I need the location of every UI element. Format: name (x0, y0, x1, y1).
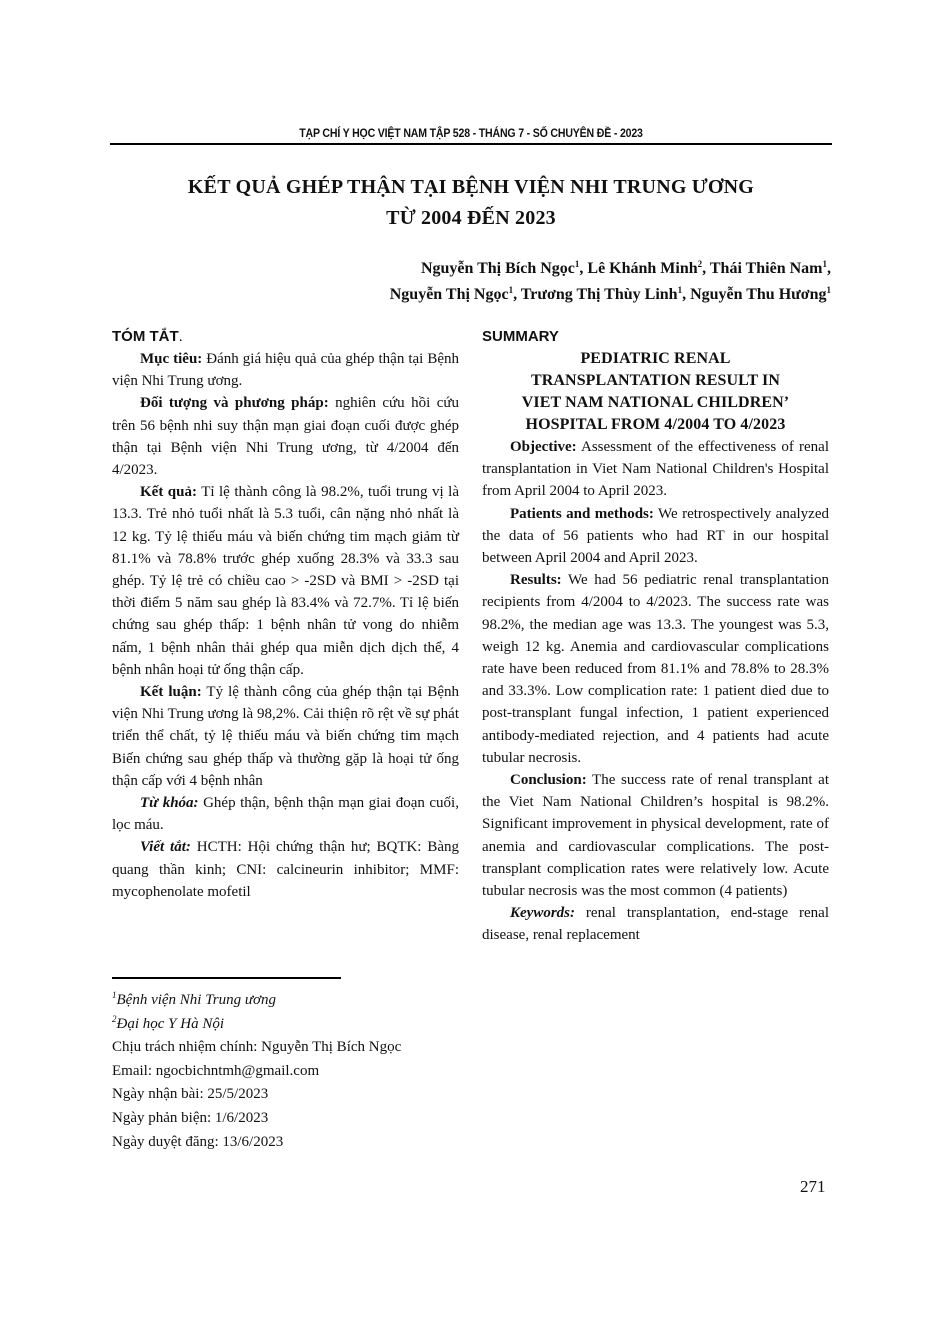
separator: , (513, 286, 521, 303)
author-name: Thái Thiên Nam (710, 260, 823, 277)
journal-page: TẠP CHÍ Y HỌC VIỆT NAM TẬP 528 - THÁNG 7… (0, 0, 943, 1333)
affiliation-text: Bệnh viện Nhi Trung ương (117, 992, 277, 1008)
results-label: Kết quả: (140, 484, 197, 500)
conclusion-label: Conclusion: (510, 772, 587, 788)
results-text: Tỉ lệ thành công là 98.2%, tuổi trung vị… (112, 484, 459, 678)
author-name: Lê Khánh Minh (587, 260, 697, 277)
english-title-line: VIET NAM NATIONAL CHILDREN’ (482, 392, 829, 414)
author-row-1: Nguyễn Thị Bích Ngọc1, Lê Khánh Minh2, T… (390, 256, 831, 282)
title-line-2: TỪ 2004 ĐẾN 2023 (110, 203, 832, 234)
author-list: Nguyễn Thị Bích Ngọc1, Lê Khánh Minh2, T… (390, 256, 831, 308)
affiliation-mark: 1 (827, 285, 832, 295)
keywords-label: Keywords: (510, 905, 575, 921)
author-name: Trương Thị Thùy Linh (521, 286, 678, 303)
author-row-2: Nguyễn Thị Ngọc1, Trương Thị Thùy Linh1,… (390, 282, 831, 308)
results-text: We had 56 pediatric renal transplantatio… (482, 572, 829, 766)
conclusion-paragraph: Conclusion: The success rate of renal tr… (482, 769, 829, 902)
separator: , (702, 260, 710, 277)
vietnamese-abstract-column: TÓM TẮT. Mục tiêu: Đánh giá hiệu quả của… (112, 326, 459, 903)
author-name: Nguyễn Thị Ngọc (390, 286, 509, 303)
english-title-line: HOSPITAL FROM 4/2004 TO 4/2023 (482, 414, 829, 436)
keywords-paragraph: Keywords: renal transplantation, end-sta… (482, 902, 829, 946)
conclusion-text: The success rate of renal transplant at … (482, 772, 829, 899)
objective-label: Objective: (510, 439, 577, 455)
objective-paragraph: Objective: Assessment of the effectivene… (482, 436, 829, 503)
heading-punct: . (179, 328, 183, 345)
date-reviewed: Ngày phản biện: 1/6/2023 (112, 1107, 472, 1131)
methods-label: Đối tượng và phương pháp: (140, 395, 329, 411)
date-received: Ngày nhận bài: 25/5/2023 (112, 1083, 472, 1107)
summary-heading: SUMMARY (482, 326, 829, 348)
keywords-paragraph: Từ khóa: Ghép thận, bệnh thận mạn giai đ… (112, 792, 459, 836)
conclusion-paragraph: Kết luận: Tỷ lệ thành công của ghép thận… (112, 681, 459, 792)
results-paragraph: Kết quả: Tỉ lệ thành công là 98.2%, tuổi… (112, 481, 459, 681)
results-label: Results: (510, 572, 562, 588)
objective-label: Mục tiêu: (140, 351, 202, 367)
methods-paragraph: Đối tượng và phương pháp: nghiên cứu hồi… (112, 392, 459, 481)
author-name: Nguyễn Thị Bích Ngọc (421, 260, 575, 277)
affiliation-2: 2Đại học Y Hà Nội (112, 1013, 472, 1037)
footnotes: 1Bệnh viện Nhi Trung ương 2Đại học Y Hà … (112, 989, 472, 1154)
heading-text: TÓM TẮT (112, 328, 179, 345)
english-summary-column: SUMMARY PEDIATRIC RENAL TRANSPLANTATION … (482, 326, 829, 947)
author-name: Nguyễn Thu Hương (690, 286, 826, 303)
methods-label: Patients and methods: (510, 506, 654, 522)
keywords-label: Từ khóa: (140, 795, 199, 811)
methods-paragraph: Patients and methods: We retrospectively… (482, 503, 829, 570)
email: Email: ngocbichntmh@gmail.com (112, 1060, 472, 1084)
header-rule (110, 143, 832, 145)
page-number: 271 (800, 1177, 826, 1197)
conclusion-label: Kết luận: (140, 684, 202, 700)
article-title: KẾT QUẢ GHÉP THẬN TẠI BỆNH VIỆN NHI TRUN… (110, 172, 832, 234)
running-head: TẠP CHÍ Y HỌC VIỆT NAM TẬP 528 - THÁNG 7… (139, 128, 803, 140)
objective-paragraph: Mục tiêu: Đánh giá hiệu quả của ghép thậ… (112, 348, 459, 392)
affiliation-text: Đại học Y Hà Nội (117, 1016, 225, 1032)
corresponding-author: Chịu trách nhiệm chính: Nguyễn Thị Bích … (112, 1036, 472, 1060)
date-accepted: Ngày duyệt đăng: 13/6/2023 (112, 1131, 472, 1155)
english-title: PEDIATRIC RENAL TRANSPLANTATION RESULT I… (482, 348, 829, 436)
abbreviations-paragraph: Viết tắt: HCTH: Hội chứng thận hư; BQTK:… (112, 836, 459, 903)
separator: , (682, 286, 690, 303)
abbreviations-label: Viết tắt: (140, 839, 191, 855)
abstract-heading: TÓM TẮT. (112, 326, 459, 348)
english-title-line: PEDIATRIC RENAL (482, 348, 829, 370)
affiliation-1: 1Bệnh viện Nhi Trung ương (112, 989, 472, 1013)
english-title-line: TRANSPLANTATION RESULT IN (482, 370, 829, 392)
results-paragraph: Results: We had 56 pediatric renal trans… (482, 569, 829, 769)
title-line-1: KẾT QUẢ GHÉP THẬN TẠI BỆNH VIỆN NHI TRUN… (110, 172, 832, 203)
footnote-rule (112, 977, 341, 979)
separator: , (827, 260, 831, 277)
